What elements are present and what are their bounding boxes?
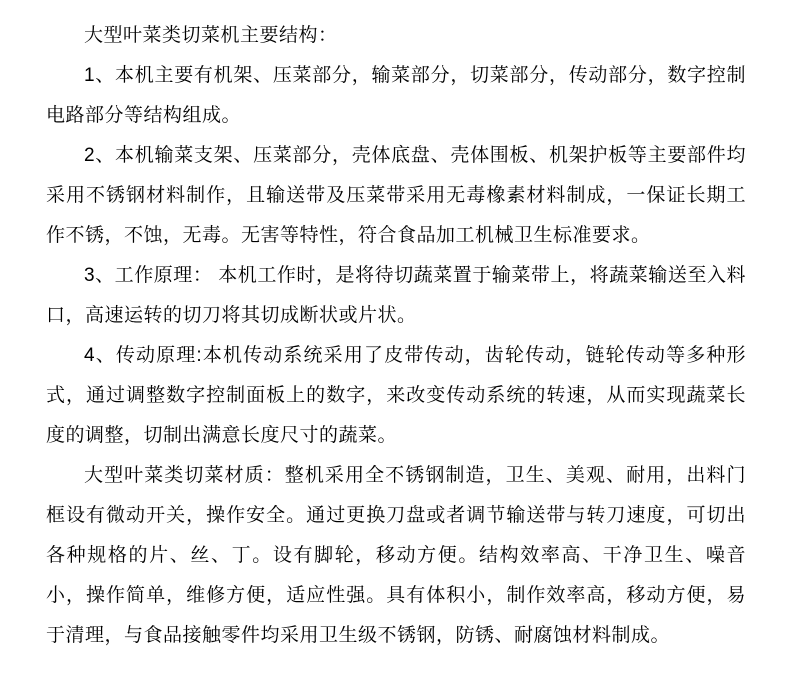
paragraph-material-description: 大型叶菜类切菜材质：整机采用全不锈钢制造，卫生、美观、耐用，出料门框设有微动开关…: [46, 456, 746, 656]
paragraph-4-transmission-principle: 4、传动原理:本机传动系统采用了皮带传动，齿轮传动，链轮传动等多种形式，通过调整…: [46, 336, 746, 456]
paragraph-1-main-components: 1、本机主要有机架、压菜部分，输菜部分，切菜部分，传动部分，数字控制电路部分等结…: [46, 56, 746, 136]
document-page: 大型叶菜类切菜机主要结构： 1、本机主要有机架、压菜部分，输菜部分，切菜部分，传…: [0, 0, 790, 685]
paragraph-structure-heading: 大型叶菜类切菜机主要结构：: [46, 16, 746, 56]
paragraph-3-working-principle: 3、工作原理： 本机工作时，是将待切蔬菜置于输菜带上，将蔬菜输送至入料口，高速运…: [46, 256, 746, 336]
paragraph-2-materials-hygiene: 2、本机输菜支架、压菜部分，壳体底盘、壳体围板、机架护板等主要部件均采用不锈钢材…: [46, 136, 746, 256]
